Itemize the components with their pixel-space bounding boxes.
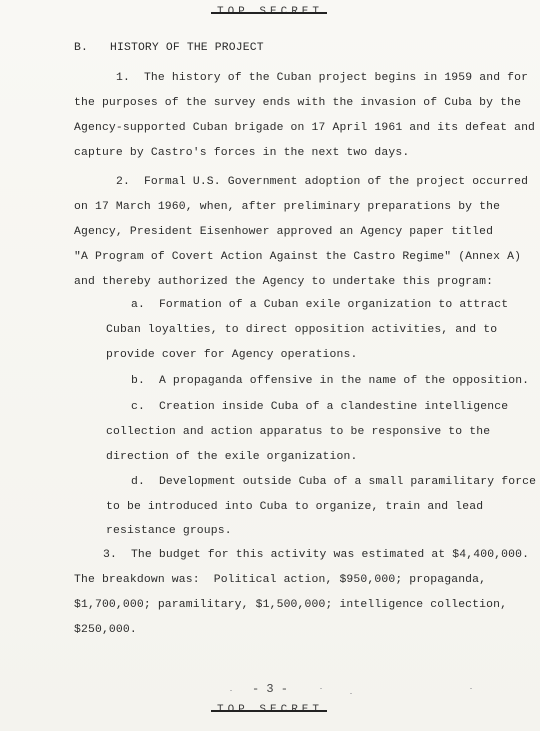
classification-marking-bottom: TOP SECRET	[0, 704, 540, 716]
classification-marking-top: TOP SECRET	[0, 6, 540, 18]
paragraph-2-line-3: Agency, President Eisenhower approved an…	[74, 226, 493, 238]
paragraph-1-line-1: 1. The history of the Cuban project begi…	[116, 72, 528, 84]
document-page: TOP SECRET B. HISTORY OF THE PROJECT 1. …	[0, 0, 540, 731]
subitem-a-line-1: a. Formation of a Cuban exile organizati…	[131, 299, 508, 311]
section-title: HISTORY OF THE PROJECT	[110, 42, 264, 54]
subitem-c-line-1: c. Creation inside Cuba of a clandestine…	[131, 401, 508, 413]
scan-speck	[320, 688, 322, 689]
paragraph-3-line-4: $250,000.	[74, 624, 137, 636]
paragraph-3-line-1: 3. The budget for this activity was esti…	[103, 549, 529, 561]
subitem-c-line-3: direction of the exile organization.	[106, 451, 357, 463]
subitem-d-line-3: resistance groups.	[106, 525, 232, 537]
scan-speck	[470, 688, 472, 689]
paragraph-1-line-2: the purposes of the survey ends with the…	[74, 97, 521, 109]
paragraph-2-line-2: on 17 March 1960, when, after preliminar…	[74, 201, 500, 213]
scan-speck	[484, 258, 486, 259]
classification-top-text: TOP SECRET	[215, 6, 325, 18]
subitem-d-line-1: d. Development outside Cuba of a small p…	[131, 476, 536, 488]
paragraph-3-line-2: The breakdown was: Political action, $95…	[74, 574, 486, 586]
scan-speck	[450, 578, 452, 579]
subitem-a-line-3: provide cover for Agency operations.	[106, 349, 357, 361]
subitem-a-line-2: Cuban loyalties, to direct opposition ac…	[106, 324, 497, 336]
scan-speck	[230, 690, 232, 691]
classification-bottom-text: TOP SECRET	[215, 704, 325, 716]
scan-speck	[350, 693, 352, 694]
paragraph-2-line-1: 2. Formal U.S. Government adoption of th…	[116, 176, 528, 188]
paragraph-3-line-3: $1,700,000; paramilitary, $1,500,000; in…	[74, 599, 507, 611]
subitem-d-line-2: to be introduced into Cuba to organize, …	[106, 501, 483, 513]
paragraph-1-line-3: Agency-supported Cuban brigade on 17 Apr…	[74, 122, 535, 134]
subitem-c-line-2: collection and action apparatus to be re…	[106, 426, 490, 438]
page-number: - 3 -	[0, 682, 540, 696]
paragraph-2-line-5: and thereby authorized the Agency to und…	[74, 276, 493, 288]
section-letter: B.	[74, 42, 88, 54]
paragraph-2-line-4: "A Program of Covert Action Against the …	[74, 251, 521, 263]
paragraph-1-line-4: capture by Castro's forces in the next t…	[74, 147, 409, 159]
subitem-b-line-1: b. A propaganda offensive in the name of…	[131, 375, 529, 387]
